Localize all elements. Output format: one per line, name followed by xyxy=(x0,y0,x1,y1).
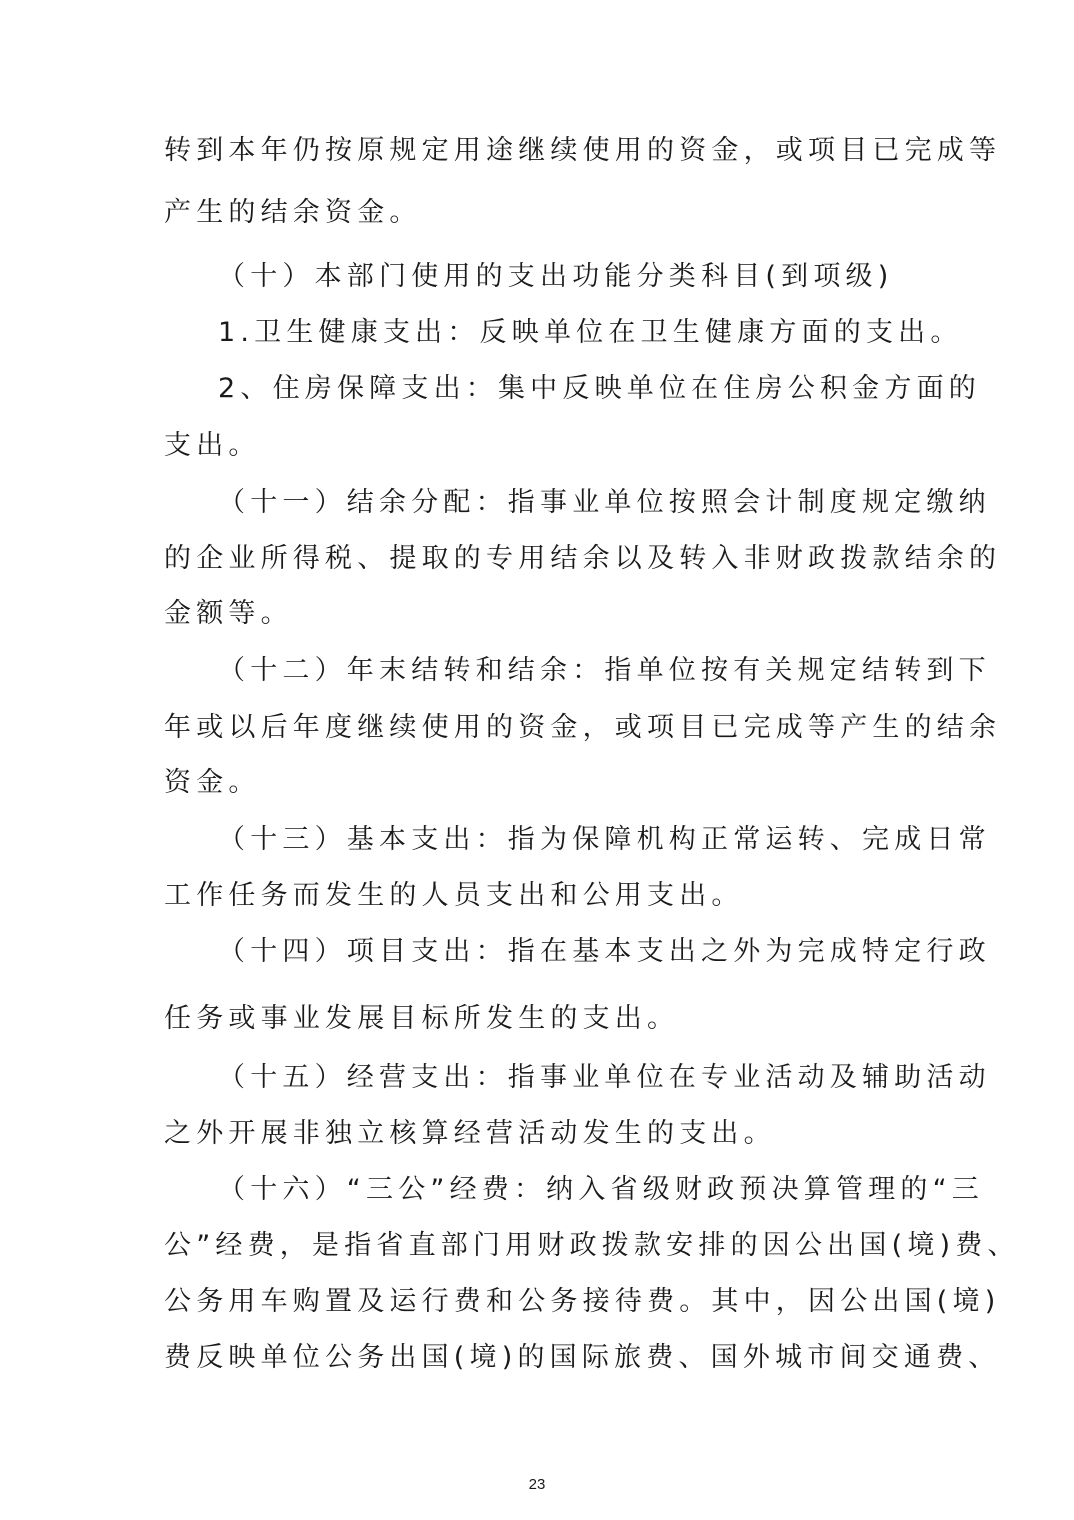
text-line: 年或以后年度继续使用的资金，或项目已完成等产生的结余 xyxy=(164,711,914,745)
text-line: 工作任务而发生的人员支出和公用支出。 xyxy=(164,879,914,913)
text-line: （十五）经营支出：指事业单位在专业活动及辅助活动 xyxy=(218,1061,968,1095)
text-line: （十）本部门使用的支出功能分类科目(到项级) xyxy=(218,260,968,294)
page-number: 23 xyxy=(0,1476,1074,1493)
text-line: 费反映单位公务出国(境)的国际旅费、国外城市间交通费、 xyxy=(164,1341,914,1375)
text-line: （十六）“三公”经费：纳入省级财政预决算管理的“三 xyxy=(218,1173,968,1207)
text-line: 之外开展非独立核算经营活动发生的支出。 xyxy=(164,1117,914,1151)
text-line: 公务用车购置及运行费和公务接待费。其中，因公出国(境) xyxy=(164,1285,914,1319)
text-line: 支出。 xyxy=(164,429,914,463)
text-line: （十三）基本支出：指为保障机构正常运转、完成日常 xyxy=(218,823,968,857)
text-line: 资金。 xyxy=(164,766,914,800)
text-line: 金额等。 xyxy=(164,597,914,631)
text-line: 任务或事业发展目标所发生的支出。 xyxy=(164,1002,914,1036)
text-line: （十一）结余分配：指事业单位按照会计制度规定缴纳 xyxy=(218,486,968,520)
text-line: 1.卫生健康支出：反映单位在卫生健康方面的支出。 xyxy=(218,316,968,350)
text-line: （十四）项目支出：指在基本支出之外为完成特定行政 xyxy=(218,935,968,969)
text-line: 产生的结余资金。 xyxy=(164,196,914,230)
document-page: 转到本年仍按原规定用途继续使用的资金，或项目已完成等产生的结余资金。（十）本部门… xyxy=(0,0,1074,1520)
text-line: 的企业所得税、提取的专用结余以及转入非财政拨款结余的 xyxy=(164,542,914,576)
text-line: 公”经费，是指省直部门用财政拨款安排的因公出国(境)费、 xyxy=(164,1229,914,1263)
text-line: （十二）年末结转和结余：指单位按有关规定结转到下 xyxy=(218,654,968,688)
text-line: 2、住房保障支出：集中反映单位在住房公积金方面的 xyxy=(218,372,968,406)
text-line: 转到本年仍按原规定用途继续使用的资金，或项目已完成等 xyxy=(164,134,914,168)
